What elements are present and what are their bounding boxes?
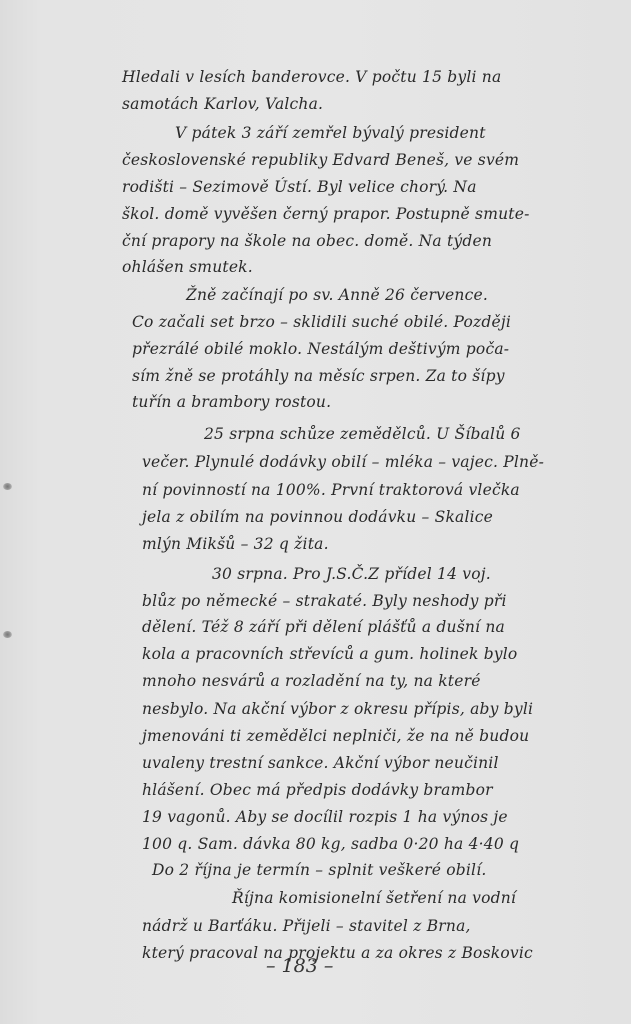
text-line: rodišti – Sezimově Ústí. Byl velice chor… <box>122 178 477 196</box>
text-line: Října komisionelní šetření na vodní <box>232 889 516 907</box>
text-line: 100 q. Sam. dávka 80 kg, sadba 0·20 ha 4… <box>142 835 519 853</box>
text-line: nádrž u Barťáku. Přijeli – stavitel z Br… <box>142 917 471 935</box>
text-line: škol. domě vyvěšen černý prapor. Postupn… <box>122 205 530 223</box>
text-line: dělení. Též 8 září při dělení plášťů a d… <box>142 618 505 636</box>
text-line: Do 2 října je termín – splnit veškeré ob… <box>152 861 487 879</box>
text-line: jela z obilím na povinnou dodávku – Skal… <box>142 508 493 526</box>
punch-hole-bottom <box>3 631 12 638</box>
text-line: večer. Plynulé dodávky obilí – mléka – v… <box>142 453 544 471</box>
text-line: Co začali set brzo – sklidili suché obil… <box>132 313 511 331</box>
text-line: Žně začínají po sv. Anně 26 července. <box>186 286 488 304</box>
text-line: kola a pracovních střevíců a gum. holine… <box>142 645 517 663</box>
text-line: ní povinností na 100%. První traktorová … <box>142 481 520 499</box>
text-line: mlýn Mikšů – 32 q žita. <box>142 535 329 553</box>
text-line: 30 srpna. Pro J.S.Č.Z přídel 14 voj. <box>212 565 491 583</box>
text-line: který pracoval na projektu a za okres z … <box>142 944 533 962</box>
text-line: ční prapory na škole na obec. domě. Na t… <box>122 232 492 250</box>
text-line: přezrálé obilé moklo. Nestálým deštivým … <box>132 340 509 358</box>
text-line: československé republiky Edvard Beneš, v… <box>122 151 519 169</box>
text-line: ohlášen smutek. <box>122 258 253 276</box>
text-line: uvaleny trestní sankce. Akční výbor neuč… <box>142 754 499 772</box>
text-line: hlášení. Obec má předpis dodávky brambor <box>142 781 493 799</box>
text-line: jmenováni ti zemědělci neplniči, že na n… <box>142 727 529 745</box>
text-line: blůz po německé – strakaté. Byly neshody… <box>142 592 507 610</box>
chronicle-page: Hledali v lesích banderovce. V počtu 15 … <box>0 0 631 1024</box>
text-line: nesbylo. Na akční výbor z okresu přípis,… <box>142 700 533 718</box>
page-number: – 183 – <box>266 955 333 977</box>
text-line: V pátek 3 září zemřel bývalý president <box>175 124 486 142</box>
punch-hole-top <box>3 483 12 490</box>
text-line: samotách Karlov, Valcha. <box>122 95 323 113</box>
text-line: Hledali v lesích banderovce. V počtu 15 … <box>122 68 501 86</box>
text-line: 19 vagonů. Aby se docílil rozpis 1 ha vý… <box>142 808 508 826</box>
text-line: 25 srpna schůze zemědělců. U Šíbalů 6 <box>204 425 521 443</box>
text-line: mnoho nesvárů a rozladění na ty, na kter… <box>142 672 481 690</box>
text-line: sím žně se protáhly na měsíc srpen. Za t… <box>132 367 505 385</box>
text-line: tuřín a brambory rostou. <box>132 393 331 411</box>
